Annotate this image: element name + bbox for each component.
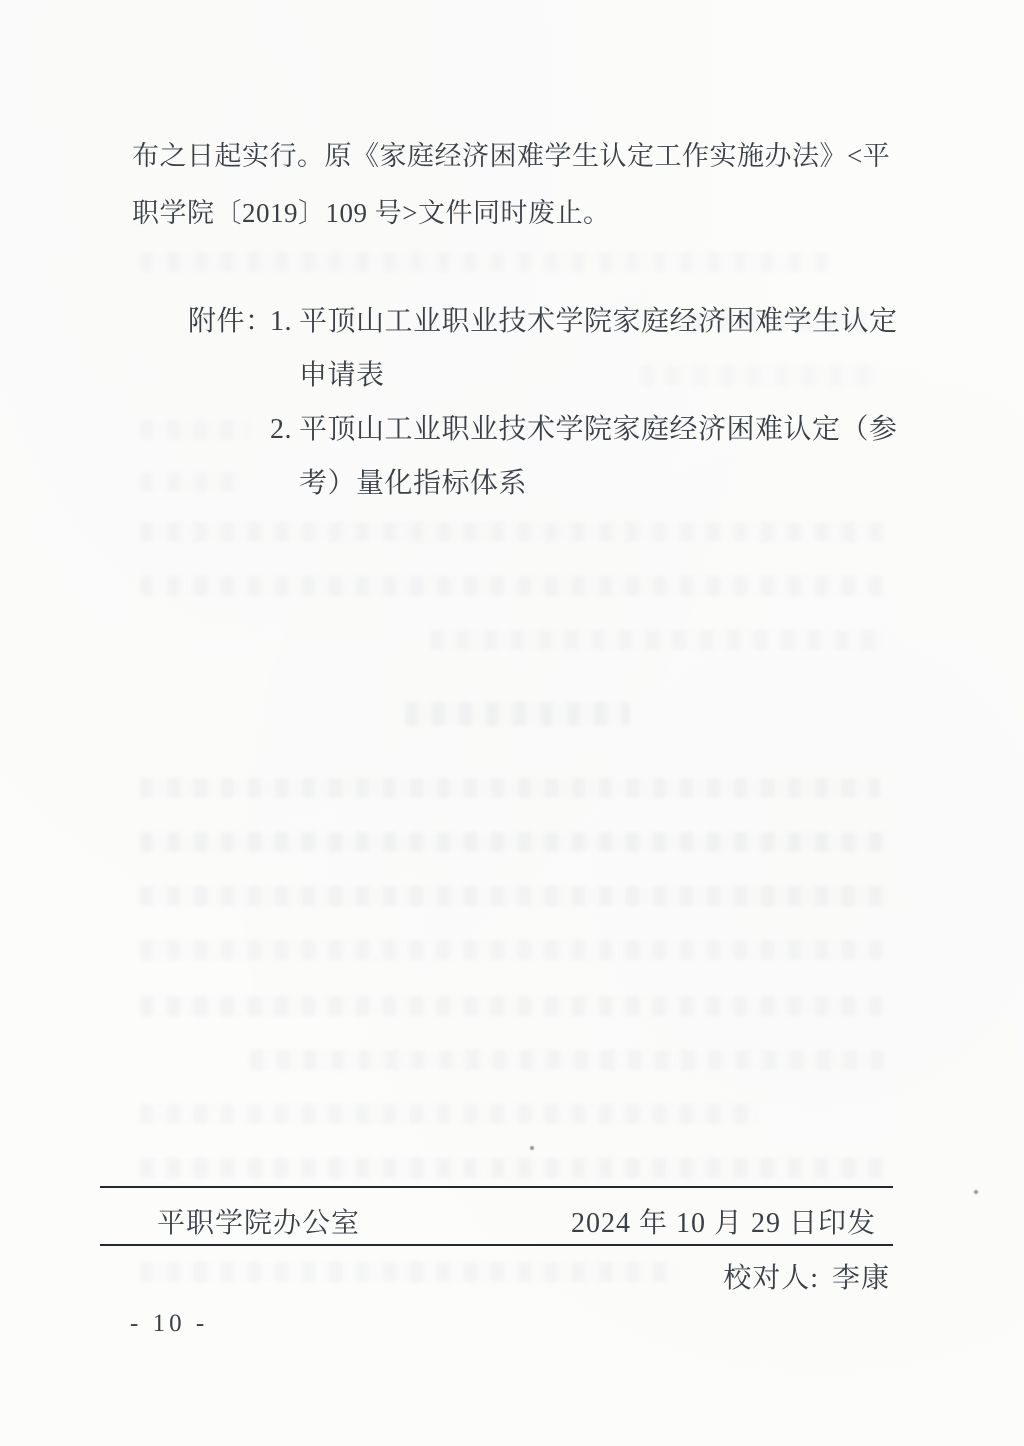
bleed-through-line bbox=[140, 832, 885, 852]
attachment-text: 平顶山工业职业技术学院家庭经济困难认定（参 bbox=[299, 414, 898, 445]
scan-speck bbox=[530, 1146, 534, 1150]
paragraph-line-2: 职学院〔2019〕109 号>文件同时废止。 bbox=[132, 185, 912, 242]
bleed-through-line bbox=[405, 702, 630, 726]
body-paragraph: 布之日起实行。原《家庭经济困难学生认定工作实施办法》<平 职学院〔2019〕10… bbox=[132, 128, 912, 242]
bleed-through-line bbox=[140, 1104, 760, 1124]
attachments-list: 1.平顶山工业职业技术学院家庭经济困难学生认定 申请表 2.平顶山工业职业技术学… bbox=[270, 295, 898, 511]
attachments-label: 附件： bbox=[188, 295, 274, 349]
colophon-row: 平职学院办公室 2024 年 10 月 29 日印发 bbox=[100, 1201, 893, 1241]
attachment-line: 2.平顶山工业职业技术学院家庭经济困难认定（参 bbox=[270, 403, 898, 457]
proofreader-row: 校对人:李康 bbox=[723, 1256, 890, 1296]
bleed-through-line bbox=[140, 522, 885, 542]
bleed-through-line bbox=[250, 1050, 885, 1070]
attachment-text: 考）量化指标体系 bbox=[270, 457, 898, 511]
page-number: - 10 - bbox=[130, 1310, 208, 1338]
print-date: 2024 年 10 月 29 日印发 bbox=[571, 1201, 876, 1241]
attachment-item-2: 2.平顶山工业职业技术学院家庭经济困难认定（参 考）量化指标体系 bbox=[270, 403, 898, 511]
scan-speck bbox=[974, 1190, 978, 1194]
attachment-line: 1.平顶山工业职业技术学院家庭经济困难学生认定 bbox=[270, 295, 898, 349]
bleed-through-line bbox=[140, 940, 885, 960]
proofreader-name: 李康 bbox=[832, 1263, 890, 1294]
bleed-through-line bbox=[140, 576, 885, 596]
document-page: 布之日起实行。原《家庭经济困难学生认定工作实施办法》<平 职学院〔2019〕10… bbox=[0, 0, 1024, 1446]
bleed-through-line bbox=[140, 886, 885, 906]
attachment-item-1: 1.平顶山工业职业技术学院家庭经济困难学生认定 申请表 bbox=[270, 295, 898, 403]
bleed-through-line bbox=[140, 252, 830, 272]
bleed-through-line bbox=[140, 1158, 885, 1178]
issuing-office: 平职学院办公室 bbox=[157, 1201, 360, 1241]
attachment-text: 申请表 bbox=[270, 349, 898, 403]
divider-line-bottom bbox=[100, 1244, 893, 1246]
attachment-text: 平顶山工业职业技术学院家庭经济困难学生认定 bbox=[299, 306, 898, 337]
attachments-block: 附件： 1.平顶山工业职业技术学院家庭经济困难学生认定 申请表 2.平顶山工业职… bbox=[188, 295, 898, 511]
proofreader-label: 校对人: bbox=[723, 1263, 819, 1294]
paragraph-line-1: 布之日起实行。原《家庭经济困难学生认定工作实施办法》<平 bbox=[132, 128, 912, 185]
bleed-through-line bbox=[430, 630, 885, 650]
divider-line-top bbox=[100, 1186, 893, 1188]
bleed-through-line bbox=[140, 1262, 680, 1282]
bleed-through-line bbox=[140, 778, 880, 798]
bleed-through-line bbox=[140, 996, 885, 1016]
attachment-number: 2. bbox=[270, 403, 292, 457]
